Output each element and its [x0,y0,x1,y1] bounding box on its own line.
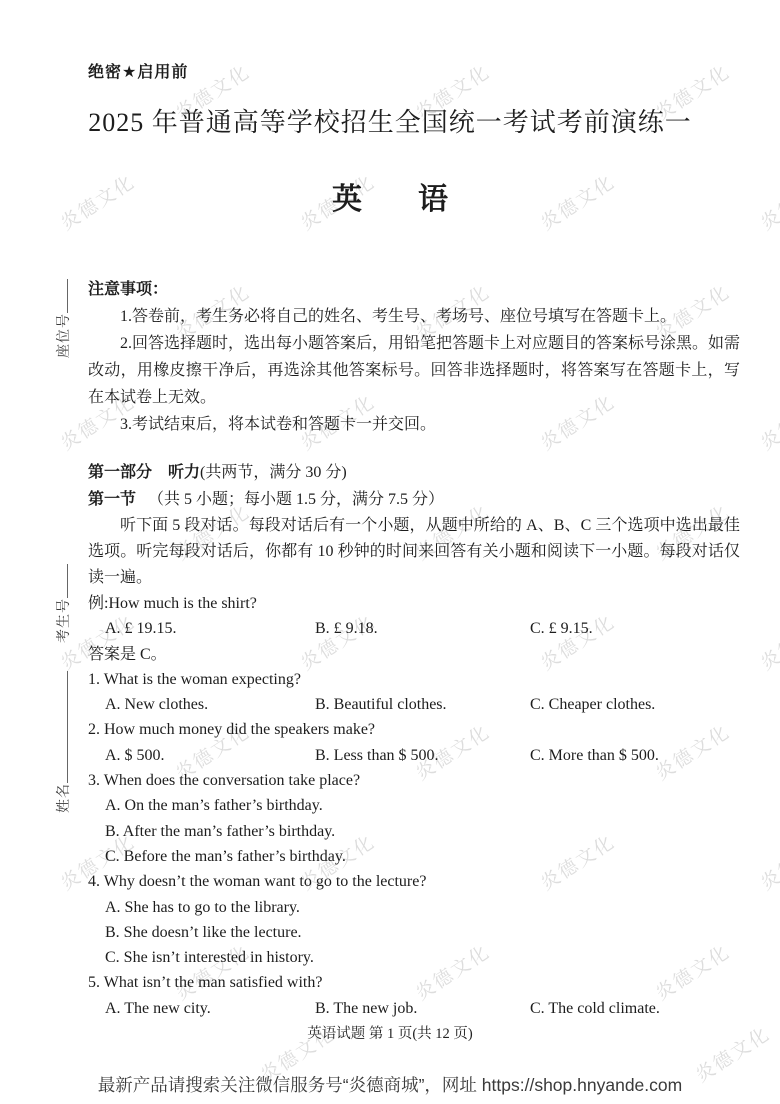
listening-instructions: 听下面 5 段对话。每段对话后有一个小题，从题中所给的 A、B、C 三个选项中选… [88,513,740,591]
question-3-option-a: A. On the man’s father’s birthday. [88,793,740,818]
candidate-number-label: 考生号 [57,598,72,643]
section1-heading: 第一节（共 5 小题；每小题 1.5 分，满分 7.5 分） [88,486,740,513]
example-option-b: B. £ 9.18. [315,616,530,641]
watermark-text: 炎德文化 [754,387,780,455]
name-field: 姓名 [53,671,71,813]
question-2-option-a: A. $ 500. [105,743,315,768]
question-1-option-a: A. New clothes. [105,692,315,717]
section1-heading-rest: （共 5 小题；每小题 1.5 分，满分 7.5 分） [148,491,444,508]
example-option-a: A. £ 19.15. [105,616,315,641]
example-question-line: 例:How much is the shirt? [88,591,740,616]
question-1-option-b: B. Beautiful clothes. [315,692,530,717]
security-classification-label: 绝密★启用前 [88,59,188,82]
candidate-number-field: 考生号 [53,564,71,643]
part1-heading: 第一部分 听力(共两节，满分 30 分) [88,459,740,486]
example-options-row: A. £ 19.15. B. £ 9.18. C. £ 9.15. [88,616,740,641]
watermark-text: 炎德文化 [754,607,780,675]
subject-char-1: 英 [332,183,362,216]
example-option-c: C. £ 9.15. [530,616,740,641]
name-blank-line [56,671,68,783]
question-2-options: A. $ 500. B. Less than $ 500. C. More th… [88,743,740,768]
subject-title: 英语 [0,174,780,218]
question-1-options: A. New clothes. B. Beautiful clothes. C.… [88,692,740,717]
subject-char-2: 语 [418,183,448,216]
note-item-3: 3.考试结束后，将本试卷和答题卡一并交回。 [88,411,740,438]
question-5-option-c: C. The cold climate. [530,996,740,1021]
notes-section: 注意事项： 1.答卷前，考生务必将自己的姓名、考生号、考场号、座位号填写在答题卡… [88,276,740,438]
section1-heading-bold: 第一节 [88,491,136,508]
question-2: 2. How much money did the speakers make? [88,717,740,742]
watermark-text: 炎德文化 [754,827,780,895]
question-4-option-c: C. She isn’t interested in history. [88,945,740,970]
question-4: 4. Why doesn’t the woman want to go to t… [88,869,740,894]
question-3-option-c: C. Before the man’s father’s birthday. [88,844,740,869]
page-number-footer: 英语试题 第 1 页(共 12 页) [0,1022,780,1043]
name-label: 姓名 [57,783,72,813]
question-5-option-b: B. The new job. [315,996,530,1021]
seat-number-field: 座位号 [53,279,71,358]
part1-heading-rest: (共两节，满分 30 分) [200,464,347,481]
example-answer: 答案是 C。 [88,642,740,667]
candidate-number-blank-line [56,564,68,598]
note-item-2: 2.回答选择题时，选出每小题答案后，用铅笔把答题卡上对应题目的答案标号涂黑。如需… [88,330,740,411]
example-label: 例: [88,595,108,612]
seat-number-label: 座位号 [57,313,72,358]
question-1-option-c: C. Cheaper clothes. [530,692,740,717]
example-question: How much is the shirt? [108,595,256,612]
promo-line: 最新产品请搜索关注微信服务号“炎德商城”，网址 https://shop.hny… [0,1072,780,1097]
question-3-option-b: B. After the man’s father’s birthday. [88,819,740,844]
question-1: 1. What is the woman expecting? [88,667,740,692]
part1-heading-bold: 第一部分 听力 [88,464,200,481]
exam-paper-page: 炎德文化炎德文化炎德文化炎德文化炎德文化炎德文化炎德文化炎德文化炎德文化炎德文化… [0,0,780,1104]
notes-heading: 注意事项： [88,276,740,303]
seat-number-blank-line [56,279,68,313]
listening-questions: 例:How much is the shirt? A. £ 19.15. B. … [88,591,740,1021]
paper-title: 2025 年普通高等学校招生全国统一考试考前演练一 [0,102,780,139]
part1-body: 第一部分 听力(共两节，满分 30 分) 第一节（共 5 小题；每小题 1.5 … [88,459,740,1021]
question-3: 3. When does the conversation take place… [88,768,740,793]
question-2-option-b: B. Less than $ 500. [315,743,530,768]
note-item-1: 1.答卷前，考生务必将自己的姓名、考生号、考场号、座位号填写在答题卡上。 [88,303,740,330]
question-5-options: A. The new city. B. The new job. C. The … [88,996,740,1021]
question-2-option-c: C. More than $ 500. [530,743,740,768]
question-5: 5. What isn’t the man satisfied with? [88,970,740,995]
question-5-option-a: A. The new city. [105,996,315,1021]
question-4-option-a: A. She has to go to the library. [88,895,740,920]
question-4-option-b: B. She doesn’t like the lecture. [88,920,740,945]
